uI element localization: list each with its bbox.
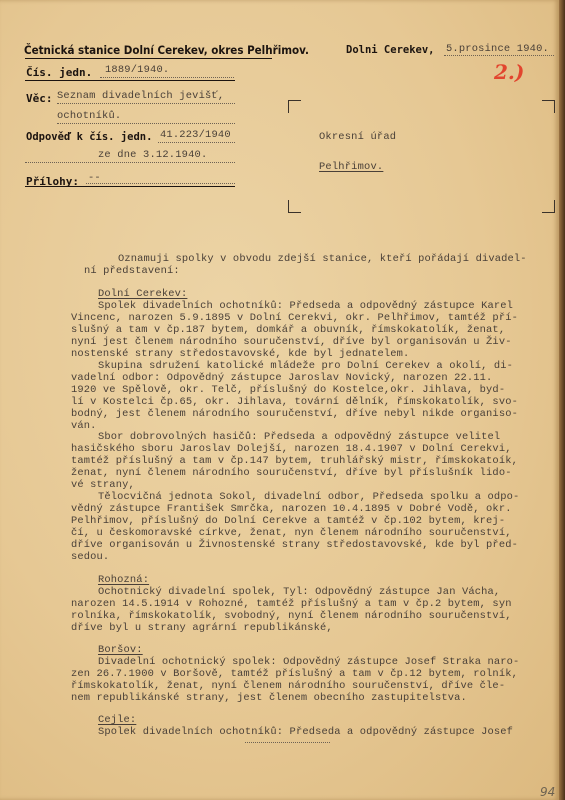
- body-line: vědný zástupce František Smrčka, narozen…: [71, 503, 512, 515]
- body-line: nyní jest členem národního souručenství,…: [71, 336, 512, 348]
- odpoved-value: 41.223/1940: [160, 129, 231, 141]
- body-line: Pelhřimov, příslušný do Dolní Cerekve a …: [71, 515, 505, 527]
- body-line: nem republikánské strany, jest členem ob…: [71, 692, 467, 704]
- body-line: Spolek divadelních ochotníků: Předseda a…: [98, 726, 513, 738]
- dotted-line: [245, 742, 330, 743]
- body-line: bodný, jest členem národního souručenstv…: [71, 408, 518, 420]
- body-line: sedou.: [71, 551, 109, 563]
- dotted-line: [86, 183, 235, 184]
- intro-line-1: Oznamuji spolky v obvodu zdejší stanice,…: [118, 253, 527, 265]
- red-annotation: 2.): [494, 60, 524, 84]
- body-line: zen 26.7.1900 v Boršově, tamtéž příslušn…: [71, 668, 518, 680]
- prilohy-underline: [25, 186, 235, 187]
- dotted-line: [444, 55, 554, 56]
- dotted-line: [57, 103, 235, 104]
- body-line: vé strany,: [71, 479, 135, 491]
- body-line: Vincenc, narozen 5.9.1895 v Dolní Cerekv…: [71, 312, 518, 324]
- page-number-pencil: 94: [540, 785, 555, 799]
- vec-line-1: Seznam divadelních jevišť,: [57, 90, 224, 102]
- body-line: ván.: [71, 420, 97, 432]
- address-corner-tl: [288, 100, 301, 113]
- dotted-line: [57, 123, 235, 124]
- body-line: Tělocvičná jednota Sokol, divadelní odbo…: [98, 491, 519, 503]
- intro-line-2: ní představení:: [84, 265, 180, 277]
- dotted-line: [25, 162, 235, 163]
- body-line: slušný a tam v čp.187 bytem, domkář a ob…: [71, 324, 505, 336]
- section-heading-borsov: Boršov:: [98, 644, 143, 656]
- section-heading-cejle: Cejle:: [98, 714, 136, 726]
- vec-line-2: ochotníků.: [57, 110, 121, 122]
- body-line: ženat, nyní členem národního souručenstv…: [71, 467, 512, 479]
- body-line: dříve byl u strany agrární republikánské…: [71, 622, 333, 634]
- body-line: lí v Kostelci čp.65, okr. Jihlava, továr…: [71, 396, 518, 408]
- date: 5.prosince 1940.: [446, 43, 549, 55]
- body-line: Ochotnický divadelní spolek, Tyl: Odpově…: [98, 586, 500, 598]
- cis-underline: [25, 80, 235, 81]
- odpoved-label: Odpověď k čís. jedn.: [26, 131, 152, 143]
- place: Dolni Cerekev,: [346, 44, 435, 56]
- body-line: Sbor dobrovolných hasičů: Předseda a odp…: [98, 431, 500, 443]
- body-line: čí, u českomoravské církve, ženat, nyn č…: [71, 527, 512, 539]
- station-heading: Četnická stanice Dolní Cerekev, okres Pe…: [24, 43, 309, 57]
- body-line: vadelní odbor: Odpovědný zástupce Jarosl…: [71, 372, 492, 384]
- section-heading-rohozna: Rohozná:: [98, 574, 149, 586]
- heading-underline: [25, 58, 272, 59]
- dotted-line: [158, 142, 235, 143]
- section-heading-dolni-cerekev: Dolní Cerekev:: [98, 288, 187, 300]
- body-line: hasičského sboru Jaroslav Dolejší, naroz…: [71, 443, 512, 455]
- body-line: 1920 ve Spělově, okr. Telč, příslušný do…: [71, 384, 505, 396]
- ze-dne: ze dne 3.12.1940.: [98, 149, 207, 161]
- recipient-line-1: Okresní úřad: [319, 131, 396, 143]
- address-corner-bl: [288, 200, 301, 213]
- paper-edge: [559, 0, 565, 800]
- body-line: římskokatolík, ženat, nyní členem národn…: [71, 680, 505, 692]
- cis-jedn-label: Čís. jedn.: [26, 66, 92, 79]
- body-line: tamtéž příslušný a tam v čp.147 bytem, t…: [71, 455, 518, 467]
- vec-label: Věc:: [26, 92, 53, 105]
- body-line: Spolek divadelních ochotníků: Předseda a…: [98, 300, 513, 312]
- address-corner-br: [542, 200, 555, 213]
- address-corner-tr: [542, 100, 555, 113]
- document-page: Četnická stanice Dolní Cerekev, okres Pe…: [0, 0, 559, 800]
- body-line: nostenské strany středostavovské, kde by…: [71, 348, 409, 360]
- cis-jedn-value: 1889/1940.: [105, 64, 169, 76]
- body-line: narozen 14.5.1914 v Rohozné, tamtéž přís…: [71, 598, 512, 610]
- body-line: Skupina sdružení katolické mládeže pro D…: [98, 360, 513, 372]
- body-line: dříve organisován u Živnostenské strany …: [71, 539, 518, 551]
- body-line: rolníka, římskokatolík, svobodný, nyní č…: [71, 610, 512, 622]
- recipient-line-2: Pelhřimov.: [319, 161, 383, 173]
- dotted-line: [100, 77, 234, 78]
- body-line: Divadelní ochotnický spolek: Odpovědný z…: [98, 656, 519, 668]
